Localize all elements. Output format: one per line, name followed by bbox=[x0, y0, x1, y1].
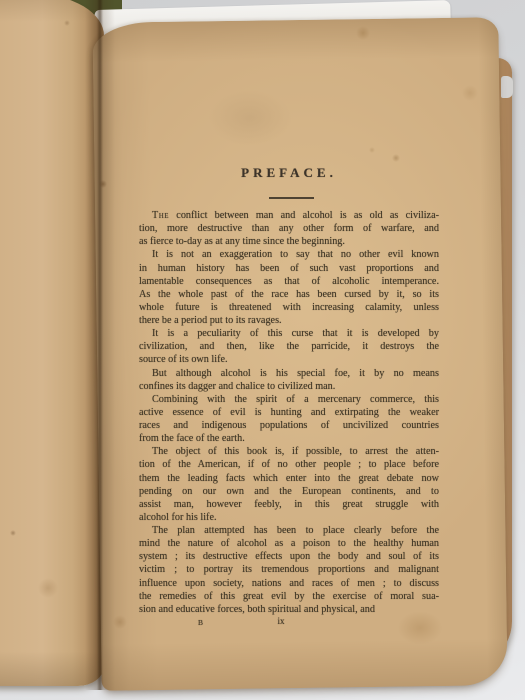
text-line: there be a period put to its ravages. bbox=[139, 314, 439, 327]
text-line: tion of the American, if of no other peo… bbox=[139, 458, 439, 471]
text-line: from the face of the earth. bbox=[139, 432, 439, 445]
text-line: victim ; to portray its tremendous propo… bbox=[139, 563, 439, 576]
text-line: sion and educative forces, both spiritua… bbox=[139, 603, 439, 616]
text-line: influence upon society, nations and race… bbox=[139, 577, 439, 590]
paragraph: It is a peculiarity of this curse that i… bbox=[139, 327, 439, 366]
text-line: The conflict between man and alcohol is … bbox=[139, 209, 439, 222]
paragraphs: The conflict between man and alcohol is … bbox=[139, 209, 439, 616]
text-line: As the whole past of the race has been c… bbox=[139, 288, 439, 301]
paragraph: Combining with the spirit of a mercenary… bbox=[139, 393, 439, 446]
paragraph: The object of this book is, if possible,… bbox=[139, 445, 439, 524]
paragraph: But although alcohol is his special foe,… bbox=[139, 367, 439, 393]
signature-mark: B bbox=[198, 618, 203, 627]
text-line: the remedies of this great evil by the e… bbox=[139, 590, 439, 603]
paragraph: The plan attempted has been to place cle… bbox=[139, 524, 439, 616]
text-line: in human history has been of such vast p… bbox=[139, 262, 439, 275]
text-line: civilization, and then, like the parrici… bbox=[139, 340, 439, 353]
text-line: tion, more destructive than any other fo… bbox=[139, 222, 439, 235]
text-line: races and indigenous populations of unci… bbox=[139, 419, 439, 432]
preface-heading: PREFACE. bbox=[139, 165, 439, 181]
text-line: pending on our own and the European cont… bbox=[139, 485, 439, 498]
text-line: as fierce to-day as at any time since th… bbox=[139, 235, 439, 248]
text-line: active essence of evil is hunting and ex… bbox=[139, 406, 439, 419]
text-line: source of its own life. bbox=[139, 353, 439, 366]
text-line: them the leading facts which enter into … bbox=[139, 472, 439, 485]
text-line: mind the nature of alcohol as a poison t… bbox=[139, 537, 439, 550]
book-photo: PREFACE. The conflict between man and al… bbox=[0, 0, 525, 700]
text-line: It is a peculiarity of this curse that i… bbox=[139, 327, 439, 340]
page-number: ix bbox=[269, 616, 293, 626]
paragraph: The conflict between man and alcohol is … bbox=[139, 209, 439, 248]
text-line: whole future is threatened with increasi… bbox=[139, 301, 439, 314]
text-line: It is not an exaggeration to say that no… bbox=[139, 248, 439, 261]
text-line: system ; its destructive effects upon th… bbox=[139, 550, 439, 563]
text-line: lamentable consequences as that of alcoh… bbox=[139, 275, 439, 288]
text-line: But although alcohol is his special foe,… bbox=[139, 367, 439, 380]
text-line: The plan attempted has been to place cle… bbox=[139, 524, 439, 537]
book-gutter-shadow bbox=[85, 0, 115, 690]
text-line: assist man, however feebly, in this grea… bbox=[139, 498, 439, 511]
worn-corner-notch bbox=[501, 76, 513, 98]
small-caps-lead: The bbox=[152, 210, 169, 221]
text-line: alcohol for his life. bbox=[139, 511, 439, 524]
text-line: The object of this book is, if possible,… bbox=[139, 445, 439, 458]
page-footer: B ix bbox=[139, 616, 439, 630]
heading-rule bbox=[269, 197, 314, 199]
text-line: Combining with the spirit of a mercenary… bbox=[139, 393, 439, 406]
text-line: confines its dagger and chalice to civil… bbox=[139, 380, 439, 393]
paragraph: It is not an exaggeration to say that no… bbox=[139, 248, 439, 327]
